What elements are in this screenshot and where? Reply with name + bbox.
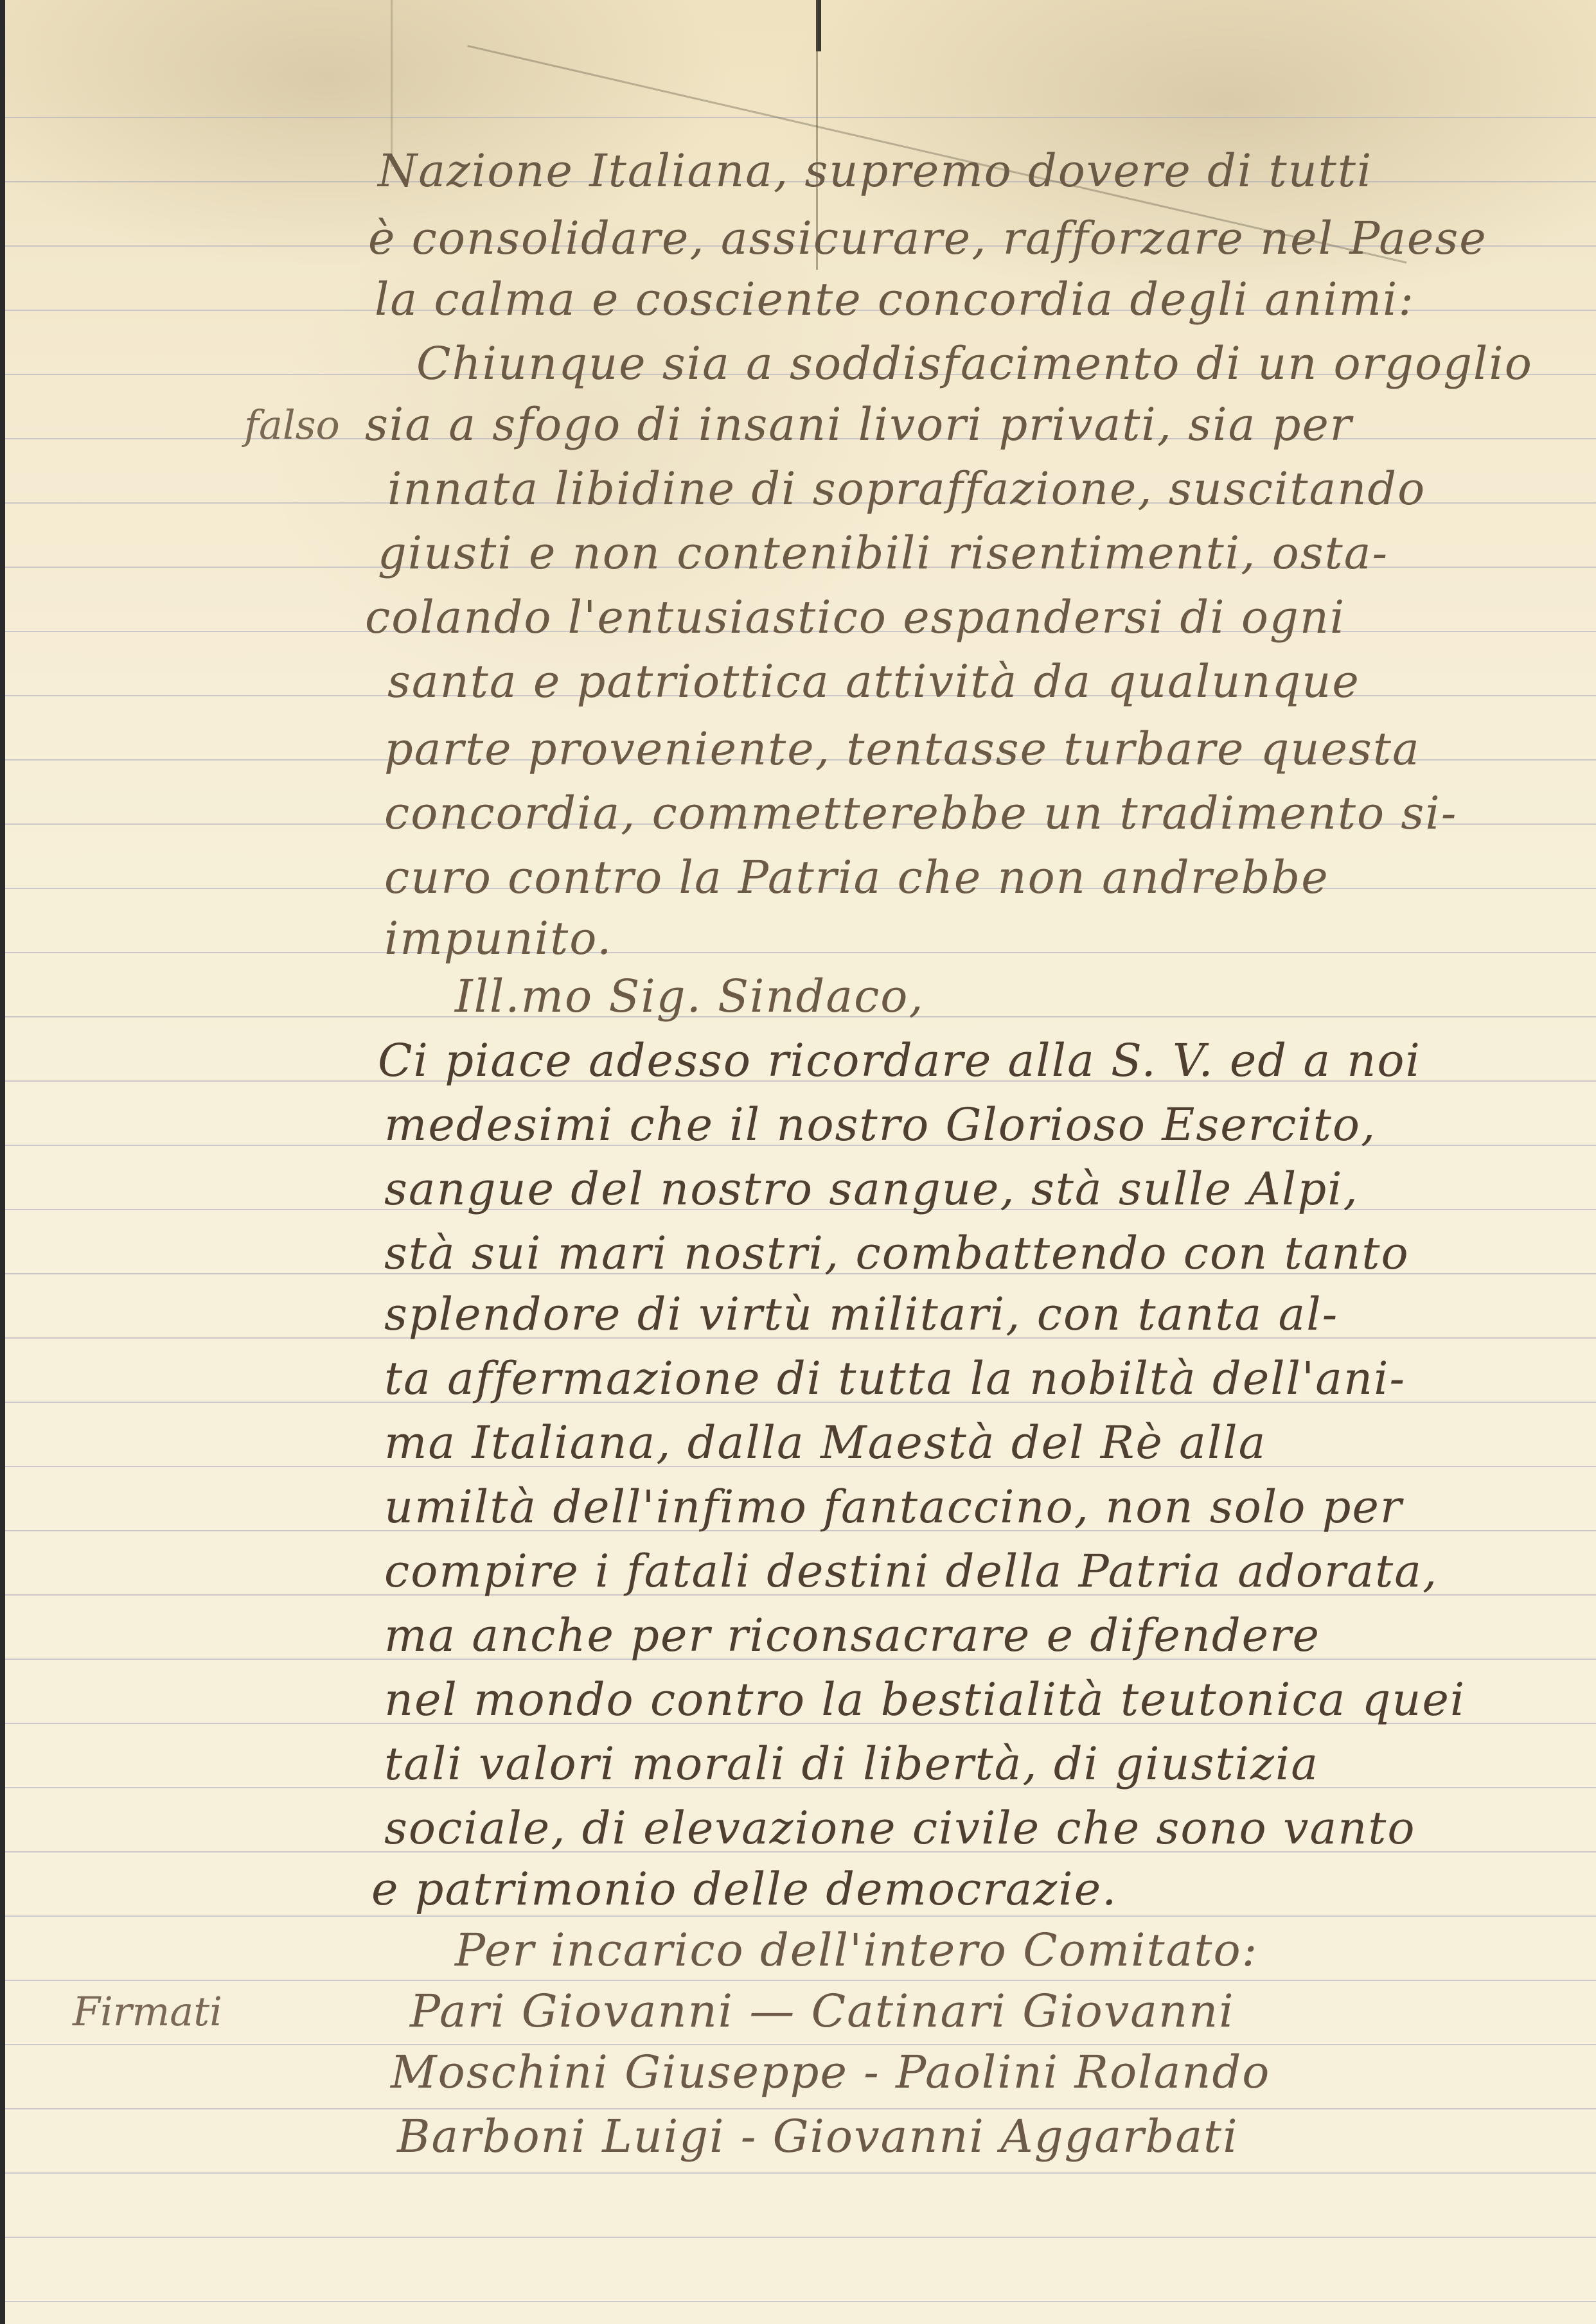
body-line: Nazione Italiana, supremo dovere di tutt… <box>378 145 1372 197</box>
ruled-line <box>5 1980 1596 1981</box>
margin-note-falso: falso <box>244 401 340 448</box>
body-line: medesimi che il nostro Glorioso Esercito… <box>384 1098 1376 1151</box>
body-line: nel mondo contro la bestialità teutonica… <box>384 1673 1466 1726</box>
body-line: parte proveniente, tentasse turbare ques… <box>384 723 1421 775</box>
ruled-line <box>5 2237 1596 2238</box>
ruled-line <box>5 952 1596 953</box>
ruled-line <box>5 2108 1596 2109</box>
body-line: tali valori morali di libertà, di giusti… <box>384 1738 1319 1790</box>
body-line: santa e patriottica attività da qualunqu… <box>387 655 1360 708</box>
ruled-line <box>5 117 1596 118</box>
body-line: ma Italiana, dalla Maestà del Rè alla <box>384 1416 1266 1469</box>
body-line: compire i fatali destini della Patria ad… <box>384 1545 1438 1598</box>
closing: Per incarico dell'intero Comitato: <box>455 1924 1258 1976</box>
ruled-line <box>5 2172 1596 2174</box>
body-line: ma anche per riconsacrare e difendere <box>384 1609 1320 1662</box>
ruled-line <box>5 1915 1596 1917</box>
body-line: giusti e non contenibili risentimenti, o… <box>378 527 1388 579</box>
signature-line: Barboni Luigi - Giovanni Aggarbati <box>397 2110 1239 2163</box>
body-line: la calma e cosciente concordia degli ani… <box>375 273 1415 326</box>
body-line: Ci piace adesso ricordare alla S. V. ed … <box>378 1034 1421 1087</box>
signature-line: Moschini Giuseppe - Paolini Rolando <box>391 2046 1270 2099</box>
body-line: sangue del nostro sangue, stà sulle Alpi… <box>384 1163 1359 1215</box>
body-line: splendore di virtù militari, con tanta a… <box>384 1288 1338 1341</box>
body-line: impunito. <box>384 912 612 965</box>
body-line: umiltà dell'infimo fantaccino, non solo … <box>384 1481 1403 1533</box>
letter-page: falso Firmati Nazione Italiana, supremo … <box>5 0 1596 2324</box>
body-line: è consolidare, assicurare, rafforzare ne… <box>368 212 1487 265</box>
signature-line: Pari Giovanni — Catinari Giovanni <box>410 1985 1235 2038</box>
ruled-line <box>5 2044 1596 2045</box>
body-line: sociale, di elevazione civile che sono v… <box>384 1802 1416 1854</box>
ruled-line <box>5 2301 1596 2302</box>
body-line: Chiunque sia a soddisfacimento di un org… <box>416 337 1533 390</box>
paper-crease <box>391 0 393 167</box>
body-line: stà sui mari nostri, combattendo con tan… <box>384 1227 1410 1280</box>
body-line: e patrimonio delle democrazie. <box>371 1863 1117 1915</box>
margin-note-firmati: Firmati <box>73 1988 222 2035</box>
body-line: concordia, commetterebbe un tradimento s… <box>384 787 1457 840</box>
body-line: innata libidine di sopraffazione, suscit… <box>387 462 1426 515</box>
body-line: curo contro la Patria che non andrebbe <box>384 851 1329 904</box>
body-line: colando l'entusiastico espandersi di ogn… <box>365 591 1345 644</box>
salutation: Ill.mo Sig. Sindaco, <box>455 970 925 1023</box>
body-line: ta affermazione di tutta la nobiltà dell… <box>384 1352 1406 1405</box>
body-line: sia a sfogo di insani livori privati, si… <box>365 398 1352 451</box>
